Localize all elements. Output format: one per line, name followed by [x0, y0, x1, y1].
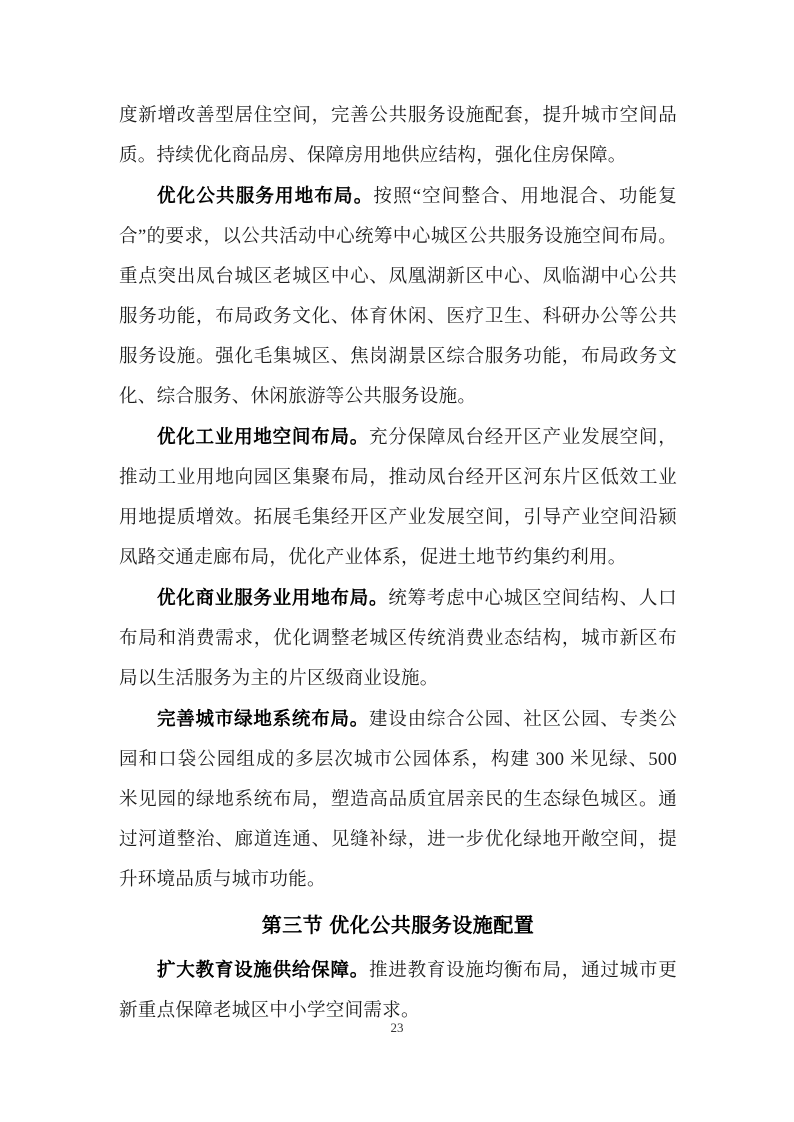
paragraph-text: 度新增改善型居住空间，完善公共服务设施配套，提升城市空间品质。持续优化商品房、保… — [119, 106, 677, 166]
document-page: 度新增改善型居住空间，完善公共服务设施配套，提升城市空间品质。持续优化商品房、保… — [0, 0, 794, 1122]
paragraph-lead: 优化公共服务用地布局。 — [157, 185, 373, 206]
page-body: 度新增改善型居住空间，完善公共服务设施配套，提升城市空间品质。持续优化商品房、保… — [119, 95, 677, 1031]
page-number: 23 — [0, 1018, 794, 1038]
paragraph-industrial-land: 优化工业用地空间布局。充分保障凤台经开区产业发展空间，推动工业用地向园区集聚布局… — [119, 417, 677, 578]
section-heading: 第三节 优化公共服务设施配置 — [119, 906, 677, 946]
paragraph-text: 建设由综合公园、社区公园、专类公园和口袋公园组成的多层次城市公园体系，构建 30… — [119, 710, 677, 890]
paragraph-lead: 优化商业服务业用地布局。 — [157, 587, 388, 608]
paragraph-lead: 优化工业用地空间布局。 — [157, 426, 369, 447]
paragraph-text: 按照“空间整合、用地混合、功能复合”的要求，以公共活动中心统筹中心城区公共服务设… — [119, 187, 677, 407]
paragraph-lead: 完善城市绿地系统布局。 — [157, 708, 369, 729]
paragraph-lead: 扩大教育设施供给保障。 — [157, 959, 369, 980]
paragraph-continuation: 度新增改善型居住空间，完善公共服务设施配套，提升城市空间品质。持续优化商品房、保… — [119, 95, 677, 176]
paragraph-text: 充分保障凤台经开区产业发展空间，推动工业用地向园区集聚布局，推动凤台经开区河东片… — [119, 428, 677, 568]
paragraph-public-service-land: 优化公共服务用地布局。按照“空间整合、用地混合、功能复合”的要求，以公共活动中心… — [119, 176, 677, 417]
paragraph-green-space: 完善城市绿地系统布局。建设由综合公园、社区公园、专类公园和口袋公园组成的多层次城… — [119, 699, 677, 900]
paragraph-commercial-land: 优化商业服务业用地布局。统筹考虑中心城区空间结构、人口布局和消费需求，优化调整老… — [119, 578, 677, 699]
